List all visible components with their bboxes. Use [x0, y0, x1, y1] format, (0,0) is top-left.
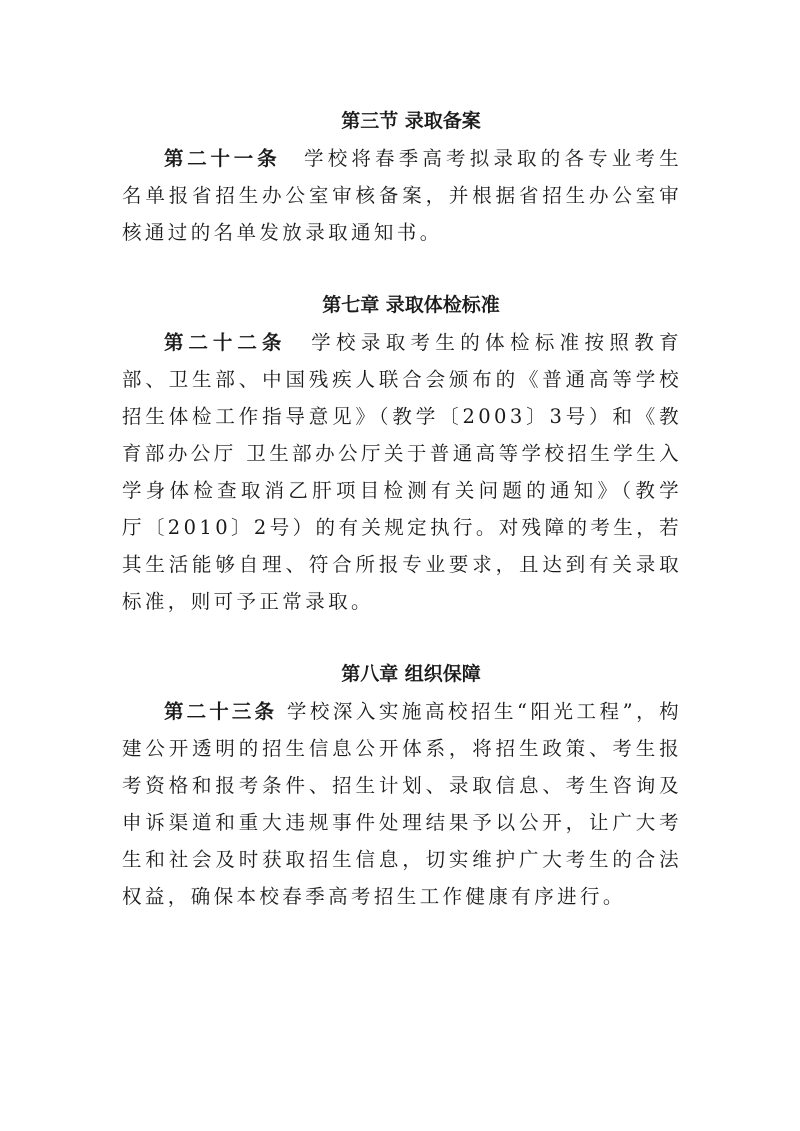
article-separator	[280, 147, 304, 170]
article-separator	[286, 331, 311, 354]
article-text: 学校录取考生的体检标准按照教育部、卫生部、中国残疾人联合会颁布的《普通高等学校招…	[122, 331, 682, 613]
article-separator	[277, 700, 287, 723]
article-label: 第二十一条	[164, 147, 280, 170]
section-heading: 第三节 录取备案	[122, 103, 682, 140]
article-label: 第二十二条	[164, 331, 286, 354]
article-label: 第二十三条	[164, 700, 277, 723]
chapter-heading: 第七章 录取体检标准	[122, 287, 682, 324]
article-paragraph: 第二十二条 学校录取考生的体检标准按照教育部、卫生部、中国残疾人联合会颁布的《普…	[122, 324, 682, 620]
article-paragraph: 第二十三条 学校深入实施高校招生“阳光工程”，构建公开透明的招生信息公开体系，将…	[122, 693, 682, 915]
article-paragraph: 第二十一条 学校将春季高考拟录取的各专业考生名单报省招生办公室审核备案，并根据省…	[122, 140, 682, 251]
section-gap	[122, 620, 682, 656]
document-page: 第三节 录取备案 第二十一条 学校将春季高考拟录取的各专业考生名单报省招生办公室…	[122, 103, 682, 915]
chapter-heading: 第八章 组织保障	[122, 656, 682, 693]
section-gap	[122, 251, 682, 287]
article-text: 学校深入实施高校招生“阳光工程”，构建公开透明的招生信息公开体系，将招生政策、考…	[122, 700, 682, 908]
